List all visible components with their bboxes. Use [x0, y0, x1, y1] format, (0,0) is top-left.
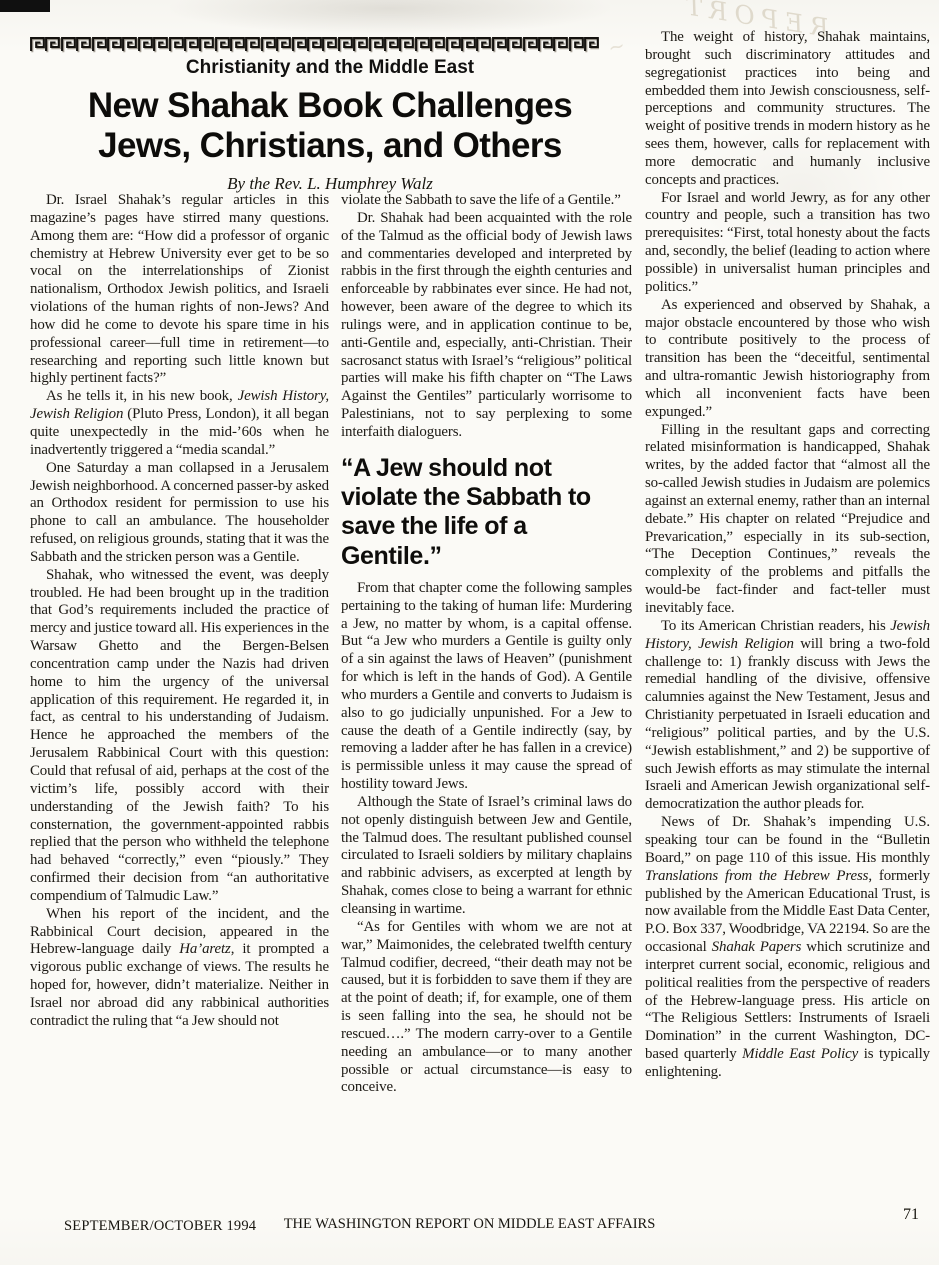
article-column-middle: violate the Sabbath to save the life of … [341, 192, 632, 1097]
article-paragraph: violate the Sabbath to save the life of … [341, 192, 632, 210]
greek-key-tile [215, 36, 230, 54]
greek-key-border [30, 36, 632, 54]
greek-key-tile [76, 36, 91, 54]
article-paragraph: Filling in the resultant gaps and correc… [645, 422, 930, 618]
greek-key-tile [199, 36, 214, 54]
article-paragraph: Dr. Shahak had been acquainted with the … [341, 210, 632, 442]
pull-quote-subhead: “A Jew should not violate the Sabbath to… [341, 454, 632, 571]
article-title: New Shahak Book ChallengesJews, Christia… [28, 86, 632, 165]
greek-key-tile [322, 36, 337, 54]
greek-key-tile [245, 36, 260, 54]
greek-key-tile [122, 36, 137, 54]
greek-key-tile [307, 36, 322, 54]
article-paragraph: For Israel and world Jewry, as for any o… [645, 190, 930, 297]
greek-key-tile [461, 36, 476, 54]
greek-key-tile [292, 36, 307, 54]
greek-key-tile [261, 36, 276, 54]
article-paragraph: As he tells it, in his new book, Jewish … [30, 388, 329, 459]
greek-key-tile [415, 36, 430, 54]
article-paragraph: News of Dr. Shahak’s impending U.S. spea… [645, 814, 930, 1082]
article-column-left: Dr. Israel Shahak’s regular articles in … [30, 192, 329, 1031]
footer-page-number: 71 [903, 1206, 919, 1224]
greek-key-tile [492, 36, 507, 54]
greek-key-tile [30, 36, 45, 54]
greek-key-tile [276, 36, 291, 54]
article-title-line1: New Shahak Book Challenges [88, 86, 572, 125]
article-paragraph: When his report of the incident, and the… [30, 906, 329, 1031]
greek-key-tile [369, 36, 384, 54]
greek-key-tile [61, 36, 76, 54]
greek-key-tile [584, 36, 599, 54]
article-column-right: The weight of history, Shahak maintains,… [645, 29, 930, 1082]
greek-key-tile [138, 36, 153, 54]
article-paragraph: One Saturday a man collapsed in a Jerusa… [30, 460, 329, 567]
greek-key-tile [507, 36, 522, 54]
greek-key-tile [384, 36, 399, 54]
footer-publication: THE WASHINGTON REPORT ON MIDDLE EAST AFF… [0, 1216, 939, 1233]
greek-key-tile [45, 36, 60, 54]
masthead: Christianity and the Middle East New Sha… [28, 0, 632, 194]
greek-key-tile [107, 36, 122, 54]
greek-key-tile [338, 36, 353, 54]
article-paragraph: “As for Gentiles with whom we are not at… [341, 919, 632, 1097]
magazine-page: REPORT ~ Christianity and the Middle Eas… [0, 0, 939, 1265]
greek-key-tile [153, 36, 168, 54]
greek-key-tile [184, 36, 199, 54]
greek-key-tile [430, 36, 445, 54]
article-paragraph: The weight of history, Shahak maintains,… [645, 29, 930, 190]
greek-key-tile [92, 36, 107, 54]
greek-key-tile [446, 36, 461, 54]
greek-key-tile [353, 36, 368, 54]
section-kicker: Christianity and the Middle East [28, 57, 632, 79]
greek-key-tile [553, 36, 568, 54]
article-paragraph: As experienced and observed by Shahak, a… [645, 297, 930, 422]
article-paragraph: To its American Christian readers, his J… [645, 618, 930, 814]
article-paragraph: Although the State of Israel’s criminal … [341, 794, 632, 919]
greek-key-tile [538, 36, 553, 54]
greek-key-tile [399, 36, 414, 54]
greek-key-tile [476, 36, 491, 54]
article-paragraph: Shahak, who witnessed the event, was dee… [30, 567, 329, 906]
greek-key-tile [230, 36, 245, 54]
greek-key-tile [523, 36, 538, 54]
greek-key-tile [169, 36, 184, 54]
greek-key-tile [569, 36, 584, 54]
article-paragraph: From that chapter come the following sam… [341, 580, 632, 794]
article-title-line2: Jews, Christians, and Others [98, 126, 562, 165]
article-paragraph: Dr. Israel Shahak’s regular articles in … [30, 192, 329, 388]
